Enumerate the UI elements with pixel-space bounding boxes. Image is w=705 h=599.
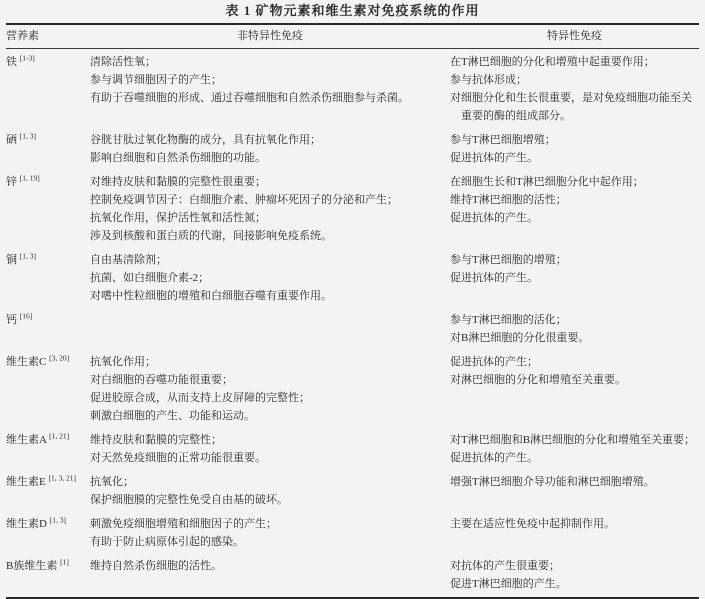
nutrient-cell: 铁 [1-3]	[6, 53, 90, 125]
reference-superscript: [1, 3]	[20, 251, 36, 260]
table-row: 维生素E [1, 3, 21]抗氧化；保护细胞膜的完整性免受自由基的破坏。增强T…	[6, 473, 699, 509]
nonspecific-immunity-cell: 维持皮肤和黏膜的完整性；对天然免疫细胞的正常功能很重要。	[90, 431, 450, 467]
paper-table-page: 表 1 矿物元素和维生素对免疫系统的作用 营养素 非特异性免疫 特异性免疫 铁 …	[0, 0, 705, 599]
reference-superscript: [16]	[20, 311, 33, 320]
specific-immunity-cell: 在细胞生长和T淋巴细胞分化中起作用；维持T淋巴细胞的活性；促进抗体的产生。	[450, 173, 699, 245]
specific-immunity-cell: 增强T淋巴细胞介导功能和淋巴细胞增殖。	[450, 473, 699, 509]
cell-line: 对B淋巴细胞的分化很重要。	[450, 329, 699, 347]
cell-line: 促进抗体的产生。	[450, 269, 699, 287]
cell-line: 维持T淋巴细胞的活性；	[450, 191, 699, 209]
nonspecific-immunity-cell	[90, 311, 450, 347]
cell-line: 抗氧化作用，保护活性氧和活性氮；	[90, 209, 450, 227]
nutrient-cell: B族维生素 [1]	[6, 557, 90, 593]
cell-line: 促进抗体的产生。	[450, 149, 699, 167]
table-row: 硒 [1, 3]谷胱甘肽过氧化物酶的成分，具有抗氧化作用；影响白细胞和自然杀伤细…	[6, 131, 699, 167]
nutrient-cell: 维生素D [1, 3]	[6, 515, 90, 551]
nutrient-cell: 维生素E [1, 3, 21]	[6, 473, 90, 509]
cell-line: 维持自然杀伤细胞的活性。	[90, 557, 450, 575]
specific-immunity-cell: 在T淋巴细胞的分化和增殖中起重要作用；参与抗体形成；对细胞分化和生长很重要，是对…	[450, 53, 699, 125]
cell-line: 对白细胞的吞噬功能很重要；	[90, 371, 450, 389]
cell-line: 对细胞分化和生长很重要，是对免疫细胞功能至关重要的酶的组成部分。	[450, 89, 699, 125]
nonspecific-immunity-cell: 刺激免疫细胞增殖和细胞因子的产生；有助于防止病原体引起的感染。	[90, 515, 450, 551]
nonspecific-immunity-cell: 自由基清除剂；抗菌、如白细胞介素-2；对嗜中性粒细胞的增殖和白细胞吞噬有重要作用…	[90, 251, 450, 305]
cell-line: 刺激白细胞的产生、功能和运动。	[90, 407, 450, 425]
cell-line: 在T淋巴细胞的分化和增殖中起重要作用；	[450, 53, 699, 71]
table-header-row: 营养素 非特异性免疫 特异性免疫	[6, 25, 699, 49]
specific-immunity-cell: 参与T淋巴细胞的增殖；促进抗体的产生。	[450, 251, 699, 305]
reference-superscript: [1, 19]	[20, 173, 40, 182]
cell-line: 有助于吞噬细胞的形成、通过吞噬细胞和自然杀伤细胞参与杀菌。	[90, 89, 450, 107]
nonspecific-immunity-cell: 维持自然杀伤细胞的活性。	[90, 557, 450, 593]
cell-line: 控制免疫调节因子：白细胞介素、肿瘤坏死因子的分泌和产生；	[90, 191, 450, 209]
header-nutrient: 营养素	[6, 25, 90, 48]
header-specific-immunity: 特异性免疫	[450, 25, 699, 48]
nutrient-label: 维生素C	[6, 356, 49, 368]
specific-immunity-cell: 对抗体的产生很重要；促进T淋巴细胞的产生。	[450, 557, 699, 593]
cell-line: 促进抗体的产生；	[450, 353, 699, 371]
nonspecific-immunity-cell: 对维持皮肤和黏膜的完整性很重要；控制免疫调节因子：白细胞介素、肿瘤坏死因子的分泌…	[90, 173, 450, 245]
cell-line: 参与调节细胞因子的产生；	[90, 71, 450, 89]
cell-line: 对嗜中性粒细胞的增殖和白细胞吞噬有重要作用。	[90, 287, 450, 305]
nutrient-cell: 锌 [1, 19]	[6, 173, 90, 245]
cell-line: 在细胞生长和T淋巴细胞分化中起作用；	[450, 173, 699, 191]
cell-line: 对T淋巴细胞和B淋巴细胞的分化和增殖至关重要；	[450, 431, 699, 449]
cell-line: 抗菌、如白细胞介素-2；	[90, 269, 450, 287]
cell-line: 增强T淋巴细胞介导功能和淋巴细胞增殖。	[450, 473, 699, 491]
cell-line: 对抗体的产生很重要；	[450, 557, 699, 575]
cell-line: 维持皮肤和黏膜的完整性；	[90, 431, 450, 449]
cell-line: 参与T淋巴细胞的活化；	[450, 311, 699, 329]
table-body: 铁 [1-3]清除活性氧；参与调节细胞因子的产生；有助于吞噬细胞的形成、通过吞噬…	[6, 49, 699, 597]
nonspecific-immunity-cell: 抗氧化；保护细胞膜的完整性免受自由基的破坏。	[90, 473, 450, 509]
nonspecific-immunity-cell: 清除活性氧；参与调节细胞因子的产生；有助于吞噬细胞的形成、通过吞噬细胞和自然杀伤…	[90, 53, 450, 125]
cell-line: 主要在适应性免疫中起抑制作用。	[450, 515, 699, 533]
nutrient-label: 铁	[6, 56, 20, 68]
cell-line: 对天然免疫细胞的正常功能很重要。	[90, 449, 450, 467]
nutrient-label: 维生素D	[6, 518, 50, 530]
cell-line: 促进抗体的产生。	[450, 449, 699, 467]
table-row: 锌 [1, 19]对维持皮肤和黏膜的完整性很重要；控制免疫调节因子：白细胞介素、…	[6, 173, 699, 245]
specific-immunity-cell: 促进抗体的产生；对淋巴细胞的分化和增殖至关重要。	[450, 353, 699, 425]
cell-line: 保护细胞膜的完整性免受自由基的破坏。	[90, 491, 450, 509]
reference-superscript: [1]	[60, 557, 69, 566]
header-nonspecific-immunity: 非特异性免疫	[90, 25, 450, 48]
cell-line: 影响白细胞和自然杀伤细胞的功能。	[90, 149, 450, 167]
nonspecific-immunity-cell: 谷胱甘肽过氧化物酶的成分，具有抗氧化作用；影响白细胞和自然杀伤细胞的功能。	[90, 131, 450, 167]
cell-line: 自由基清除剂；	[90, 251, 450, 269]
cell-line: 参与抗体形成；	[450, 71, 699, 89]
reference-superscript: [1, 21]	[49, 431, 69, 440]
specific-immunity-cell: 参与T淋巴细胞增殖；促进抗体的产生。	[450, 131, 699, 167]
table-row: 铁 [1-3]清除活性氧；参与调节细胞因子的产生；有助于吞噬细胞的形成、通过吞噬…	[6, 53, 699, 125]
table-row: 维生素C [3, 20]抗氧化作用；对白细胞的吞噬功能很重要；促进胶原合成，从而…	[6, 353, 699, 425]
cell-line: 抗氧化；	[90, 473, 450, 491]
nutrient-label: B族维生素	[6, 560, 60, 572]
table-row: 维生素A [1, 21]维持皮肤和黏膜的完整性；对天然免疫细胞的正常功能很重要。…	[6, 431, 699, 467]
cell-line: 涉及到核酸和蛋白质的代谢，间接影响免疫系统。	[90, 227, 450, 245]
nutrients-immune-table: 营养素 非特异性免疫 特异性免疫 铁 [1-3]清除活性氧；参与调节细胞因子的产…	[6, 23, 699, 599]
table-row: 铜 [1, 3]自由基清除剂；抗菌、如白细胞介素-2；对嗜中性粒细胞的增殖和白细…	[6, 251, 699, 305]
reference-superscript: [3, 20]	[49, 353, 69, 362]
nutrient-cell: 钙 [16]	[6, 311, 90, 347]
cell-line: 促进T淋巴细胞的产生。	[450, 575, 699, 593]
nutrient-label: 钙	[6, 314, 20, 326]
nutrient-cell: 铜 [1, 3]	[6, 251, 90, 305]
cell-line: 有助于防止病原体引起的感染。	[90, 533, 450, 551]
cell-line: 促进胶原合成，从而支持上皮屏障的完整性；	[90, 389, 450, 407]
table-row: 维生素D [1, 3]刺激免疫细胞增殖和细胞因子的产生；有助于防止病原体引起的感…	[6, 515, 699, 551]
table-row: 钙 [16]参与T淋巴细胞的活化；对B淋巴细胞的分化很重要。	[6, 311, 699, 347]
nutrient-cell: 维生素C [3, 20]	[6, 353, 90, 425]
reference-superscript: [1, 3]	[50, 515, 66, 524]
cell-line: 谷胱甘肽过氧化物酶的成分，具有抗氧化作用；	[90, 131, 450, 149]
specific-immunity-cell: 参与T淋巴细胞的活化；对B淋巴细胞的分化很重要。	[450, 311, 699, 347]
cell-line: 参与T淋巴细胞的增殖；	[450, 251, 699, 269]
reference-superscript: [1, 3, 21]	[48, 473, 76, 482]
nutrient-cell: 维生素A [1, 21]	[6, 431, 90, 467]
cell-line: 清除活性氧；	[90, 53, 450, 71]
nutrient-label: 硒	[6, 134, 20, 146]
specific-immunity-cell: 对T淋巴细胞和B淋巴细胞的分化和增殖至关重要；促进抗体的产生。	[450, 431, 699, 467]
cell-line: 对淋巴细胞的分化和增殖至关重要。	[450, 371, 699, 389]
reference-superscript: [1, 3]	[20, 131, 36, 140]
nutrient-label: 铜	[6, 254, 20, 266]
cell-line: 促进抗体的产生。	[450, 209, 699, 227]
cell-line: 对维持皮肤和黏膜的完整性很重要；	[90, 173, 450, 191]
table-title: 表 1 矿物元素和维生素对免疫系统的作用	[6, 3, 699, 19]
nutrient-label: 维生素E	[6, 476, 48, 488]
table-row: B族维生素 [1]维持自然杀伤细胞的活性。对抗体的产生很重要；促进T淋巴细胞的产…	[6, 557, 699, 593]
cell-line: 参与T淋巴细胞增殖；	[450, 131, 699, 149]
cell-line: 抗氧化作用；	[90, 353, 450, 371]
nonspecific-immunity-cell: 抗氧化作用；对白细胞的吞噬功能很重要；促进胶原合成，从而支持上皮屏障的完整性；刺…	[90, 353, 450, 425]
cell-line: 刺激免疫细胞增殖和细胞因子的产生；	[90, 515, 450, 533]
nutrient-label: 锌	[6, 176, 20, 188]
specific-immunity-cell: 主要在适应性免疫中起抑制作用。	[450, 515, 699, 551]
nutrient-cell: 硒 [1, 3]	[6, 131, 90, 167]
nutrient-label: 维生素A	[6, 434, 49, 446]
reference-superscript: [1-3]	[20, 53, 35, 62]
